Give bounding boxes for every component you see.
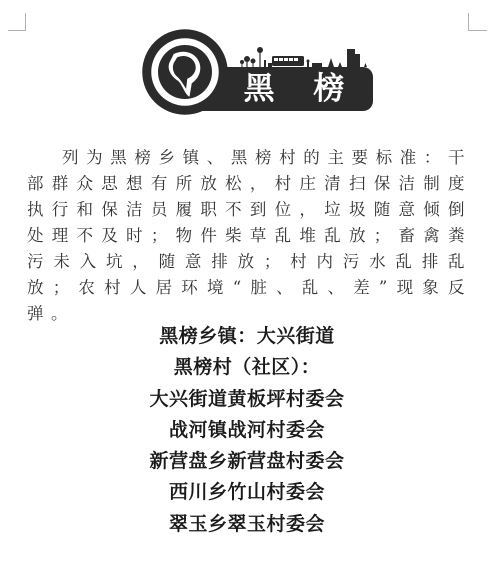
blacklist-village-item: 西川乡竹山村委会 [0, 477, 494, 508]
blacklist-village-item: 战河镇战河村委会 [0, 415, 494, 446]
criteria-paragraph: 列为黑榜乡镇、黑榜村的主要标准：干部群众思想有所放松，村庄清扫保洁制度执行和保洁… [27, 145, 472, 327]
banner-title: 黑 榜 [233, 69, 369, 109]
city-skyline-icon [230, 37, 370, 68]
blacklist-entries: 黑榜乡镇：大兴街道 黑榜村（社区）： 大兴街道黄板坪村委会 战河镇战河村委会 新… [0, 321, 494, 540]
page-corner-mark-top-left [8, 13, 26, 31]
thumbs-down-icon [140, 27, 230, 117]
blacklist-banner: 黑 榜 [145, 32, 375, 117]
page-corner-mark-top-right [468, 13, 487, 31]
blacklist-village-item: 翠玉乡翠玉村委会 [0, 509, 494, 540]
blacklist-town: 黑榜乡镇：大兴街道 [0, 321, 494, 352]
blacklist-village-item: 大兴街道黄板坪村委会 [0, 384, 494, 415]
blacklist-village-heading: 黑榜村（社区）： [0, 352, 494, 383]
blacklist-village-item: 新营盘乡新营盘村委会 [0, 446, 494, 477]
